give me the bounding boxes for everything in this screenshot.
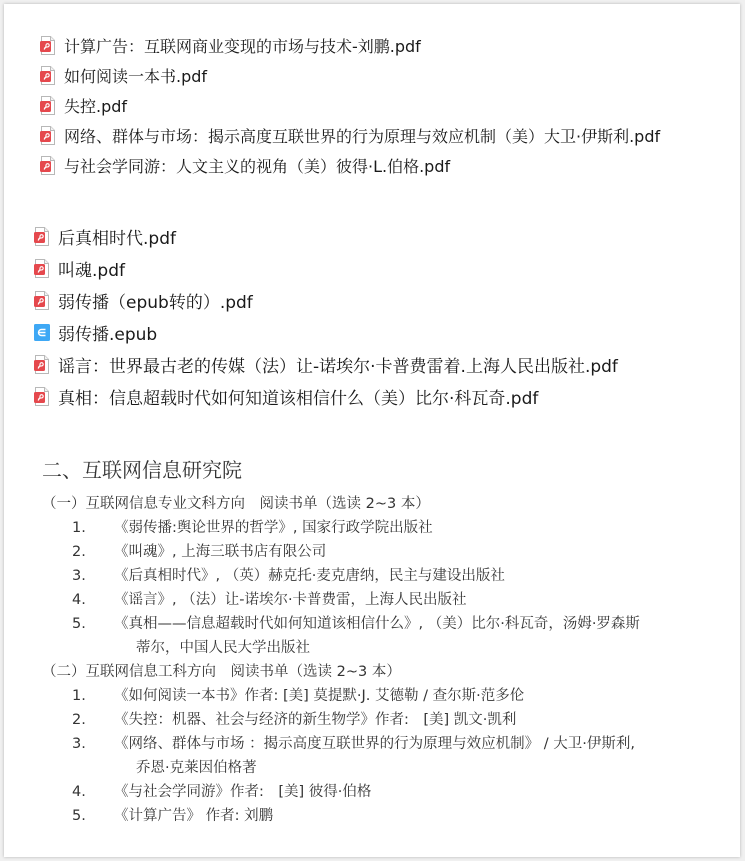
pdf-icon	[40, 156, 56, 175]
item-text: 《后真相时代》, （英）赫克托·麦克唐纳，民主与建设出版社	[114, 564, 505, 588]
list-item: 3.《后真相时代》, （英）赫克托·麦克唐纳，民主与建设出版社	[42, 564, 640, 588]
list-item: 2.《叫魂》, 上海三联书店有限公司	[42, 540, 640, 564]
item-text: 《谣言》, （法）让-诺埃尔·卡普费雷，上海人民出版社	[114, 588, 467, 612]
item-number: 1.	[42, 516, 114, 540]
item-text-continued: 蒂尔，中国人民大学出版社	[42, 636, 640, 660]
item-text: 《叫魂》, 上海三联书店有限公司	[114, 540, 326, 564]
file-name: 失控.pdf	[64, 94, 127, 117]
list-item: 3.《网络、群体与市场 ：揭示高度互联世界的行为原理与效应机制》 / 大卫·伊斯…	[42, 732, 640, 756]
file-name: 叫魂.pdf	[58, 256, 125, 281]
pdf-icon	[34, 387, 50, 406]
file-name: 谣言：世界最古老的传媒（法）让-诺埃尔·卡普费雷着.上海人民出版社.pdf	[58, 352, 618, 377]
list-item: 5.《真相——信息超载时代如何知道该相信什么》, （美）比尔·科瓦奇，汤姆·罗森…	[42, 612, 640, 636]
item-text: 《网络、群体与市场 ：揭示高度互联世界的行为原理与效应机制》 / 大卫·伊斯利,	[114, 732, 635, 756]
item-text: 《真相——信息超载时代如何知道该相信什么》, （美）比尔·科瓦奇，汤姆·罗森斯	[114, 612, 640, 636]
file-item[interactable]: 弱传播.epub	[34, 316, 618, 348]
pdf-icon	[40, 66, 56, 85]
epub-icon	[34, 323, 50, 342]
pdf-icon	[40, 36, 56, 55]
item-text: 《计算广告》 作者: 刘鹏	[114, 804, 273, 828]
item-number: 4.	[42, 780, 114, 804]
file-name: 后真相时代.pdf	[58, 224, 176, 249]
file-name: 真相：信息超载时代如何知道该相信什么（美）比尔·科瓦奇.pdf	[58, 384, 538, 409]
file-name: 计算广告：互联网商业变现的市场与技术-刘鹏.pdf	[64, 34, 421, 57]
file-name: 弱传播（epub转的）.pdf	[58, 288, 253, 313]
item-text-continued: 乔恩·克莱因伯格著	[42, 756, 640, 780]
file-item[interactable]: 网络、群体与市场：揭示高度互联世界的行为原理与效应机制（美）大卫·伊斯利.pdf	[40, 120, 660, 150]
file-name: 网络、群体与市场：揭示高度互联世界的行为原理与效应机制（美）大卫·伊斯利.pdf	[64, 124, 660, 147]
file-item[interactable]: 真相：信息超载时代如何知道该相信什么（美）比尔·科瓦奇.pdf	[34, 380, 618, 412]
document-page: 计算广告：互联网商业变现的市场与技术-刘鹏.pdf 如何阅读一本书.pdf 失控…	[4, 4, 740, 857]
item-number: 2.	[42, 540, 114, 564]
file-item[interactable]: 叫魂.pdf	[34, 252, 618, 284]
list-item: 4.《与社会学同游》作者: [美] 彼得·伯格	[42, 780, 640, 804]
file-name: 如何阅读一本书.pdf	[64, 64, 207, 87]
item-number: 1.	[42, 684, 114, 708]
list-item: 4.《谣言》, （法）让-诺埃尔·卡普费雷，上海人民出版社	[42, 588, 640, 612]
item-text: 《与社会学同游》作者: [美] 彼得·伯格	[114, 780, 371, 804]
pdf-icon	[34, 291, 50, 310]
item-text: 《弱传播:舆论世界的哲学》, 国家行政学院出版社	[114, 516, 433, 540]
list-item: 1.《弱传播:舆论世界的哲学》, 国家行政学院出版社	[42, 516, 640, 540]
item-number: 5.	[42, 612, 114, 636]
file-list-2: 后真相时代.pdf 叫魂.pdf 弱传播（epub转的）.pdf 弱传播.epu…	[34, 220, 618, 412]
pdf-icon	[34, 355, 50, 374]
file-item[interactable]: 计算广告：互联网商业变现的市场与技术-刘鹏.pdf	[40, 30, 660, 60]
item-number: 3.	[42, 732, 114, 756]
file-item[interactable]: 如何阅读一本书.pdf	[40, 60, 660, 90]
list-item: 5.《计算广告》 作者: 刘鹏	[42, 804, 640, 828]
file-item[interactable]: 谣言：世界最古老的传媒（法）让-诺埃尔·卡普费雷着.上海人民出版社.pdf	[34, 348, 618, 380]
pdf-icon	[34, 227, 50, 246]
item-number: 5.	[42, 804, 114, 828]
file-name: 与社会学同游：人文主义的视角（美）彼得·L.伯格.pdf	[64, 154, 450, 177]
file-item[interactable]: 后真相时代.pdf	[34, 220, 618, 252]
file-list-1: 计算广告：互联网商业变现的市场与技术-刘鹏.pdf 如何阅读一本书.pdf 失控…	[40, 30, 660, 180]
subsection-heading: （一）互联网信息专业文科方向 阅读书单（选读 2~3 本）	[42, 492, 640, 516]
item-text: 《失控：机器、社会与经济的新生物学》作者: [美] 凯文·凯利	[114, 708, 516, 732]
subsection-heading: （二）互联网信息工科方向 阅读书单（选读 2~3 本）	[42, 660, 640, 684]
list-item: 1.《如何阅读一本书》作者: [美] 莫提默·J. 艾德勒 / 查尔斯·范多伦	[42, 684, 640, 708]
file-item[interactable]: 弱传播（epub转的）.pdf	[34, 284, 618, 316]
reading-lists: （一）互联网信息专业文科方向 阅读书单（选读 2~3 本）1.《弱传播:舆论世界…	[42, 492, 640, 828]
list-item: 2.《失控：机器、社会与经济的新生物学》作者: [美] 凯文·凯利	[42, 708, 640, 732]
section-title: 二、互联网信息研究院	[42, 454, 242, 483]
item-text: 《如何阅读一本书》作者: [美] 莫提默·J. 艾德勒 / 查尔斯·范多伦	[114, 684, 524, 708]
item-number: 2.	[42, 708, 114, 732]
item-number: 4.	[42, 588, 114, 612]
item-number: 3.	[42, 564, 114, 588]
pdf-icon	[34, 259, 50, 278]
file-item[interactable]: 与社会学同游：人文主义的视角（美）彼得·L.伯格.pdf	[40, 150, 660, 180]
pdf-icon	[40, 126, 56, 145]
file-name: 弱传播.epub	[58, 320, 157, 345]
file-item[interactable]: 失控.pdf	[40, 90, 660, 120]
pdf-icon	[40, 96, 56, 115]
